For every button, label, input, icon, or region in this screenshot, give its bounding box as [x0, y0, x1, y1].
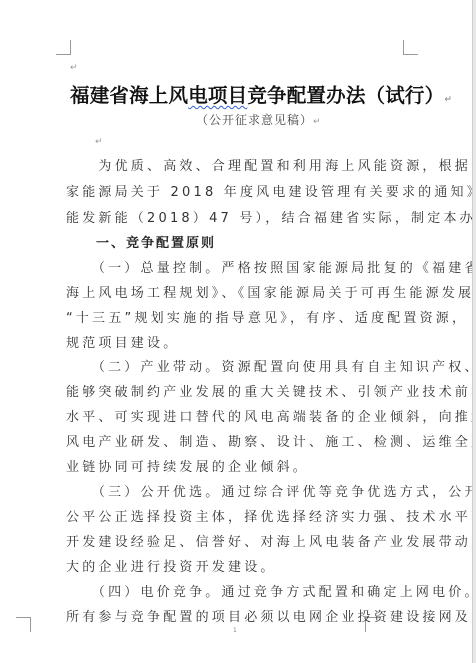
text-line[interactable]: 为优质、高效、合理配置和利用海上风能资源，根据《国 — [66, 155, 476, 174]
text-line[interactable]: 能发新能（2018）47 号），结合福建省实际，制定本办法。 — [66, 207, 476, 226]
crop-mark-top-left — [56, 40, 71, 55]
document-title[interactable]: 福建省海上风电项目竞争配置办法（试行）↵ — [70, 80, 452, 108]
crop-mark-bottom-left — [16, 617, 31, 632]
text-line[interactable]: 开发建设经验足、信誉好、对海上风电装备产业发展带动力 — [66, 531, 476, 550]
text-line[interactable]: 家能源局关于 2018 年度风电建设管理有关要求的通知》（国 — [66, 181, 476, 200]
spellcheck-underlined-text[interactable]: 电项目 — [188, 84, 247, 107]
title-part: 福建省海上风 — [70, 84, 188, 107]
paragraph-mark-icon: ↵ — [95, 137, 103, 147]
text-line[interactable]: 所有参与竞争配置的项目必须以电网企业投资建设接网及 — [66, 606, 471, 625]
text-line[interactable]: 海上风电场工程规划》、《国家能源局关于可再生能源发展 — [66, 282, 474, 301]
text-line[interactable]: 大的企业进行投资开发建设。 — [66, 556, 277, 575]
crop-mark-top-right — [403, 40, 418, 55]
page-number: 1 — [233, 627, 237, 634]
text-line[interactable]: 公平公正选择投资主体，择优选择经济实力强、技术水平高、 — [66, 506, 476, 525]
text-line[interactable]: 水平、可实现进口替代的风电高端装备的企业倾斜，向推进 — [66, 406, 476, 425]
text-line[interactable]: （四）电价竞争。通过竞争方式配置和确定上网电价。 — [66, 581, 476, 600]
paragraph-mark-icon: ↵ — [444, 95, 452, 105]
page-edge — [472, 0, 476, 663]
title-part: 竞争配置办法（试行） — [247, 84, 444, 107]
paragraph-mark-icon: ↵ — [70, 63, 78, 73]
text-line[interactable]: 规范项目建设。 — [66, 332, 179, 351]
subtitle-text: （公开征求意见稿） — [196, 113, 313, 127]
text-line[interactable]: 能够突破制约产业发展的重大关键技术、引领产业技术前沿 — [66, 381, 476, 400]
paragraph-mark-icon: ↵ — [313, 117, 322, 127]
text-line[interactable]: 业链协同可持续发展的企业倾斜。 — [66, 456, 309, 475]
document-subtitle[interactable]: （公开征求意见稿）↵ — [196, 111, 322, 128]
document-page: ↵ 福建省海上风电项目竞争配置办法（试行）↵ （公开征求意见稿）↵ ↵ 为优质、… — [0, 0, 472, 663]
section-heading[interactable]: 一、竞争配置原则 — [66, 232, 216, 251]
text-line[interactable]: （一）总量控制。严格按照国家能源局批复的《福建省 — [66, 257, 476, 276]
text-line[interactable]: “十三五”规划实施的指导意见》，有序、适度配置资源， — [66, 307, 468, 326]
text-line[interactable]: （二）产业带动。资源配置向使用具有自主知识产权、 — [66, 356, 476, 375]
text-line[interactable]: （三）公开优选。通过综合评优等竞争优选方式，公开 — [66, 481, 476, 500]
text-line[interactable]: 风电产业研发、制造、勘察、设计、施工、检测、运维全产 — [66, 431, 476, 450]
